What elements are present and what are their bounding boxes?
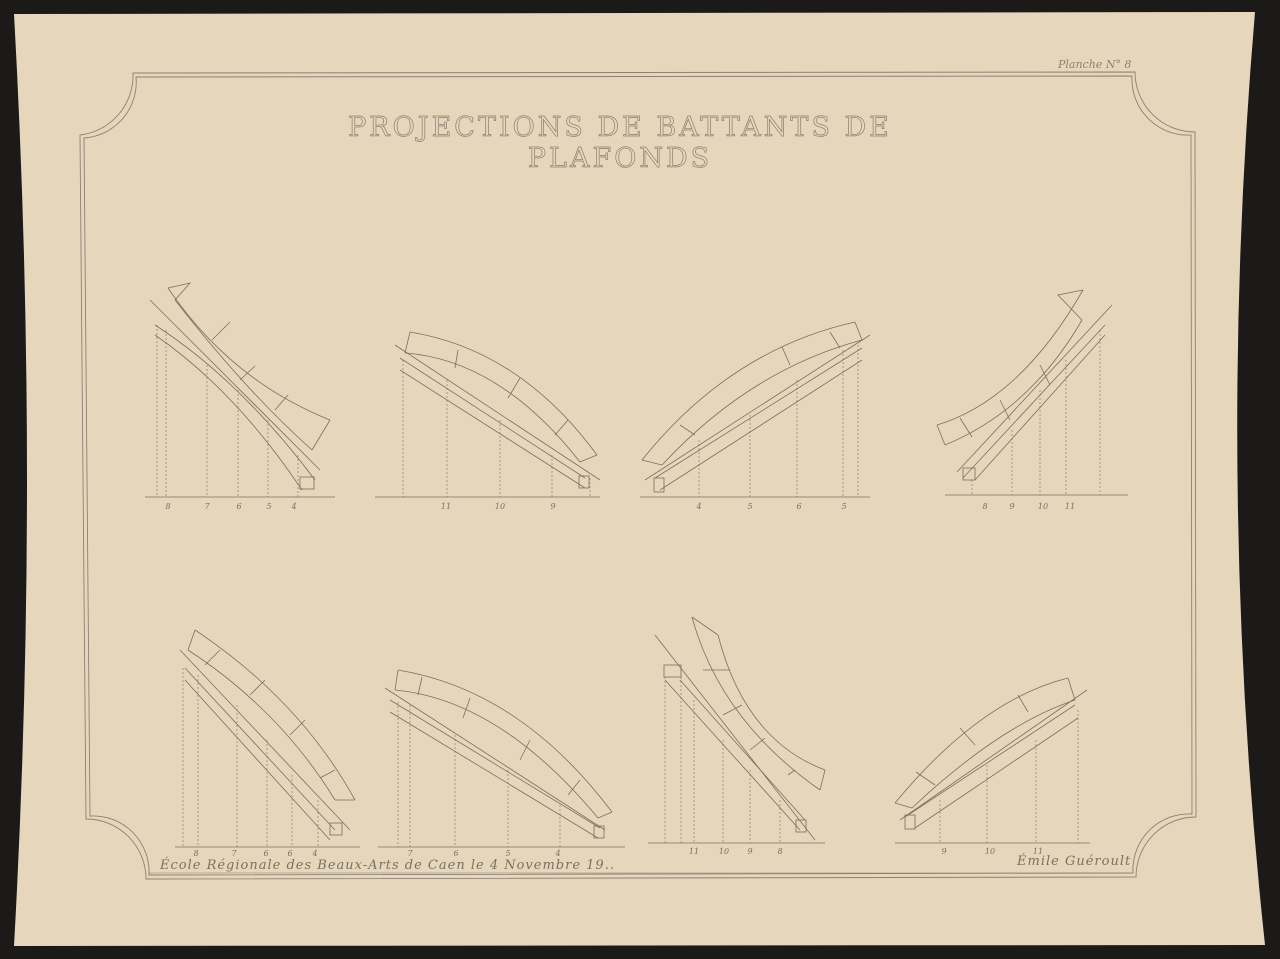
axis-label: 5 xyxy=(747,502,752,511)
axis-label: 6 xyxy=(796,502,801,511)
axis-label: 4 xyxy=(555,849,560,858)
axis-label: 4 xyxy=(696,502,701,511)
axis-label: 10 xyxy=(985,847,995,856)
school-caption: École Régionale des Beaux-Arts de Caen l… xyxy=(160,858,615,873)
author-signature: Émile Guéroult xyxy=(1017,854,1131,869)
axis-label: 6 xyxy=(263,849,268,858)
axis-label: 11 xyxy=(689,847,699,856)
axis-label: 7 xyxy=(231,849,236,858)
axis-label: 8 xyxy=(777,847,782,856)
axis-label: 7 xyxy=(407,849,412,858)
axis-label: 8 xyxy=(982,502,987,511)
axis-label: 9 xyxy=(941,847,946,856)
axis-label: 6 xyxy=(236,502,241,511)
axis-label: 10 xyxy=(1038,502,1048,511)
axis-label: 11 xyxy=(1065,502,1075,511)
axis-label: 7 xyxy=(204,502,209,511)
axis-label: 9 xyxy=(550,502,555,511)
axis-label: 4 xyxy=(291,502,296,511)
axis-label: 9 xyxy=(747,847,752,856)
axis-label: 5 xyxy=(266,502,271,511)
axis-label: 8 xyxy=(165,502,170,511)
axis-label: 8 xyxy=(193,849,198,858)
sheet-title: PROJECTIONS DE BATTANTS DE PLAFONDS xyxy=(270,112,970,174)
axis-label: 5 xyxy=(505,849,510,858)
axis-label: 9 xyxy=(1009,502,1014,511)
axis-label: 6 xyxy=(287,849,292,858)
axis-label: 10 xyxy=(719,847,729,856)
axis-label: 6 xyxy=(453,849,458,858)
axis-label: 11 xyxy=(441,502,451,511)
drawing-sheet: PROJECTIONS DE BATTANTS DE PLAFONDS Plan… xyxy=(0,0,1280,959)
axis-label: 5 xyxy=(841,502,846,511)
axis-label: 10 xyxy=(495,502,505,511)
plate-number: Planche N° 8 xyxy=(1058,58,1131,71)
axis-label: 4 xyxy=(312,849,317,858)
